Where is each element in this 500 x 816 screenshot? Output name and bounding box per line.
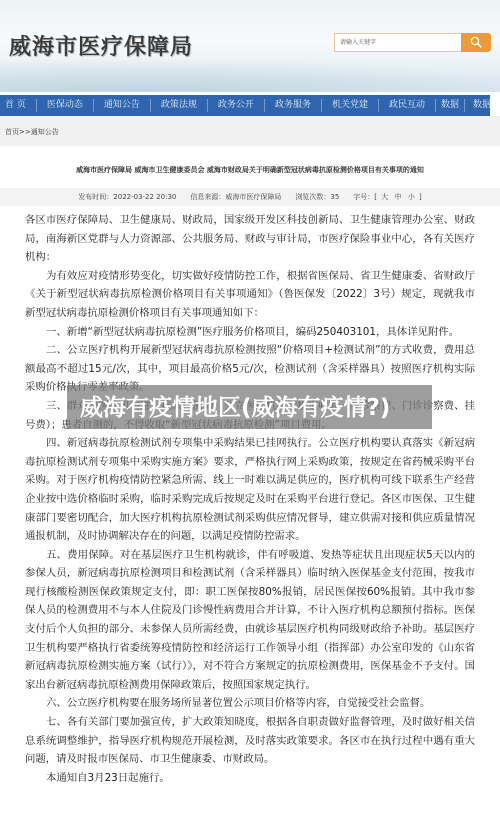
nav-item-notices[interactable]: 通知公告 bbox=[94, 99, 151, 112]
info-source: 信息来源：威海市医疗保障局 bbox=[190, 192, 281, 202]
site-logo-title[interactable]: 威海市医疗保障局 bbox=[9, 30, 193, 61]
font-size-small-button[interactable]: 小 bbox=[408, 193, 415, 201]
nav-item-government-services[interactable]: 政务服务 bbox=[265, 99, 322, 112]
site-header: 威海市医疗保障局 请输入关键字 bbox=[0, 0, 500, 92]
paragraph-item-5: 五、费用保障。对在基层医疗卫生机构就诊，伴有呼吸道、发热等症状且出现症状5天以内… bbox=[25, 546, 475, 695]
header-background bbox=[0, 58, 500, 92]
font-size-large-button[interactable]: 大 bbox=[381, 193, 388, 201]
nav-item-government-affairs[interactable]: 政务公开 bbox=[208, 99, 265, 112]
breadcrumb[interactable]: 首页>>通知公告 bbox=[5, 127, 59, 137]
view-count: 浏览次数：35 bbox=[295, 192, 339, 202]
paragraph-item-1: 一、新增“新型冠状病毒抗原检测”医疗服务价格项目，编码250403101，具体详… bbox=[25, 323, 475, 342]
search-icon bbox=[470, 33, 482, 52]
search-input[interactable]: 请输入关键字 bbox=[334, 33, 461, 52]
font-size-label: 字号：[ bbox=[353, 193, 377, 201]
nav-item-public-interaction[interactable]: 政民互动 bbox=[379, 99, 436, 112]
nav-item-data[interactable]: 数据 bbox=[436, 99, 465, 112]
nav-item-medical-insurance-news[interactable]: 医保动态 bbox=[37, 99, 94, 112]
nav-item-home[interactable]: 首 页 bbox=[0, 99, 37, 112]
watermark-text: 威海有疫情地区(威海有疫情?) bbox=[80, 389, 390, 422]
search-button[interactable] bbox=[461, 33, 491, 52]
font-size-control: 字号：[ 大 中 小 ] bbox=[353, 192, 421, 202]
paragraph-effective-date: 本通知自3月23日起施行。 bbox=[25, 769, 475, 788]
nav-item-open-data[interactable]: 数据开放 bbox=[465, 99, 490, 112]
paragraph-item-7: 七、各有关部门要加强宣传，扩大政策知晓度，根据各自职责做好监督管理，及时做好相关… bbox=[25, 713, 475, 769]
font-size-end: ] bbox=[419, 193, 422, 201]
article-body: 各区市医疗保障局、卫生健康局、财政局，国家级开发区科技创新局、卫生健康管理办公室… bbox=[25, 211, 475, 787]
paragraph-intro: 为有效应对疫情形势变化，切实做好疫情防控工作，根据省医保局、省卫生健康委、省财政… bbox=[25, 267, 475, 323]
main-nav: 首 页 医保动态 通知公告 政策法规 政务公开 政务服务 机关党建 政民互动 数… bbox=[0, 95, 490, 116]
article-title: 威海市医疗保障局 威海市卫生健康委员会 威海市财政局关于明确新型冠状病毒抗原检测… bbox=[0, 165, 500, 175]
paragraph-item-4: 四、新冠病毒抗原检测试剂专项集中采购结果已挂网执行。公立医疗机构要认真落实《新冠… bbox=[25, 434, 475, 546]
nav-item-policies[interactable]: 政策法规 bbox=[151, 99, 208, 112]
font-size-medium-button[interactable]: 中 bbox=[395, 193, 402, 201]
paragraph-addressees: 各区市医疗保障局、卫生健康局、财政局，国家级开发区科技创新局、卫生健康管理办公室… bbox=[25, 211, 475, 267]
nav-item-party-building[interactable]: 机关党建 bbox=[322, 99, 379, 112]
publish-time: 发布时间：2022-03-22 20:30 bbox=[78, 192, 176, 202]
paragraph-item-6: 六、公立医疗机构要在服务场所显著位置公示项目价格等内容，自觉接受社会监督。 bbox=[25, 694, 475, 713]
article-meta: 发布时间：2022-03-22 20:30 信息来源：威海市医疗保障局 浏览次数… bbox=[0, 188, 500, 206]
breadcrumb-bar bbox=[0, 116, 500, 146]
